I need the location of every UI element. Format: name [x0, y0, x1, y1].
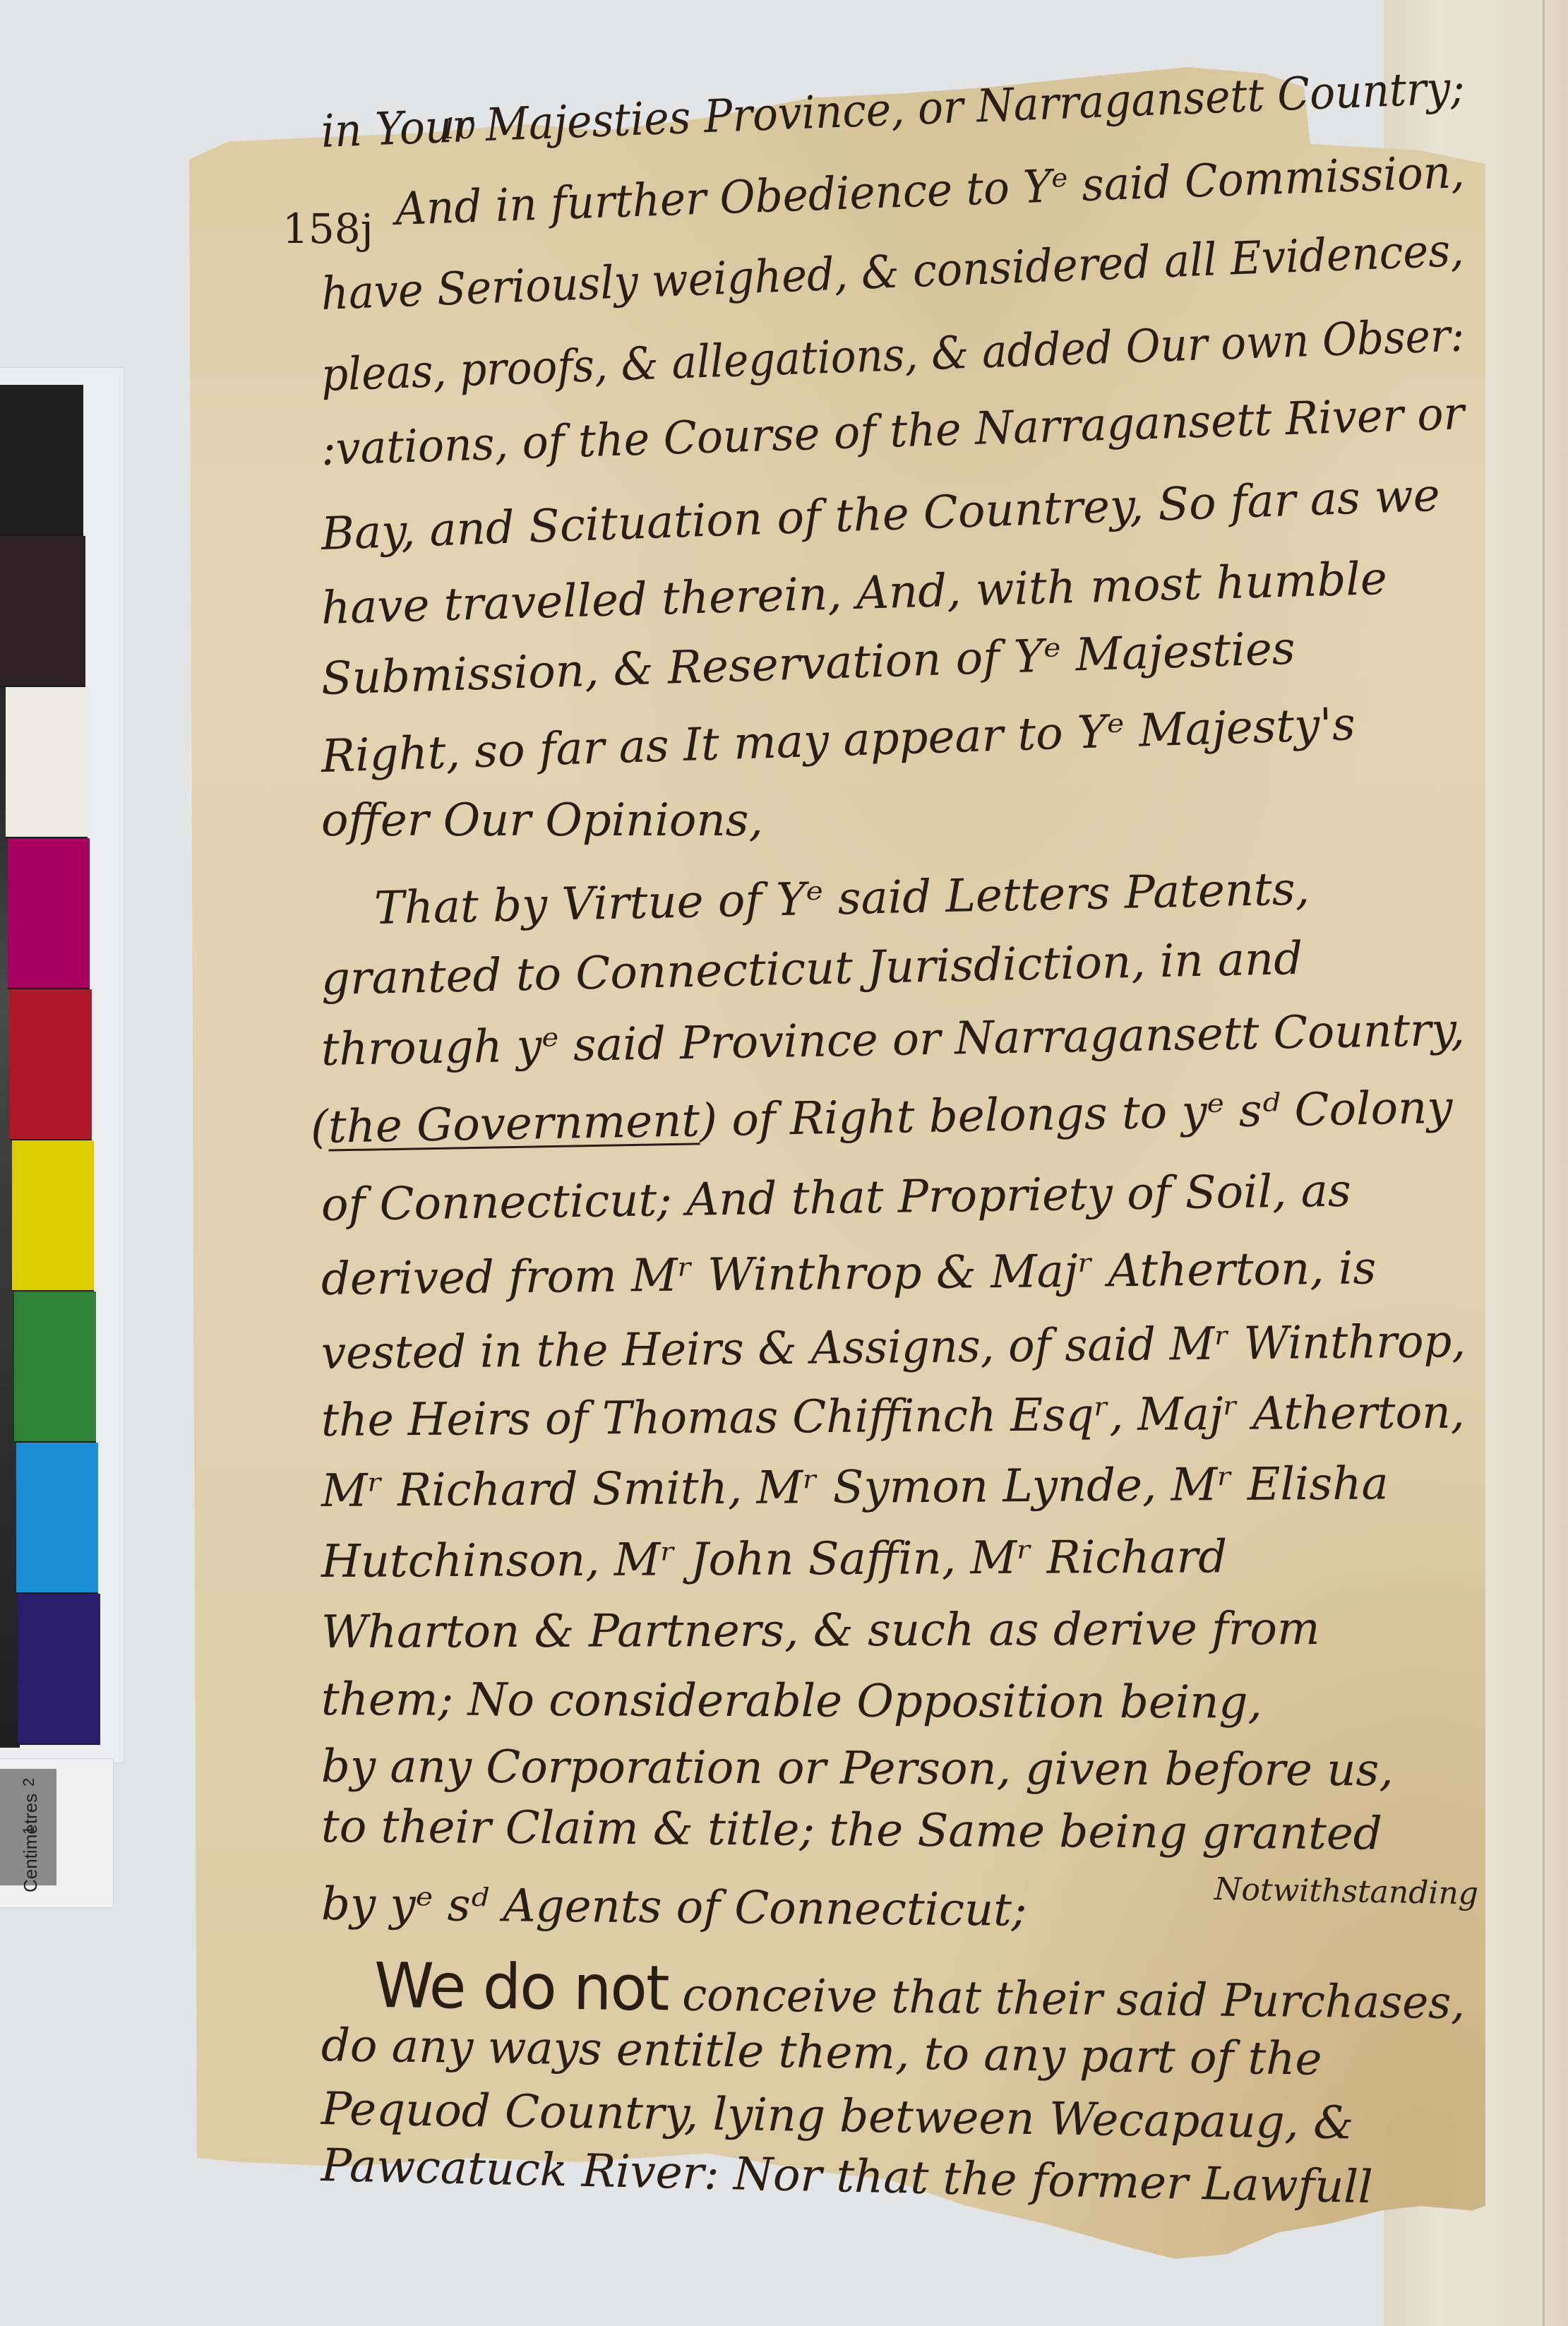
manuscript-line: them; No considerable Opposition being, — [321, 1674, 1262, 1729]
manuscript-line: to their Claim & title; the Same being g… — [321, 1801, 1382, 1860]
manuscript-line: the Heirs of Thomas Chiffinch Esqʳ, Majʳ… — [321, 1387, 1457, 1447]
manuscript-line: We do not conceive that their said Purch… — [373, 1949, 1465, 2033]
ruler-tick-2: 2 — [20, 1778, 38, 1787]
manuscript-line: Mʳ Richard Smith, Mʳ Symon Lynde, Mʳ Eli… — [321, 1457, 1389, 1517]
swatch-white — [6, 687, 88, 838]
marginal-insertion: Notwithstanding — [1214, 1871, 1479, 1912]
manuscript-line: derived from Mʳ Winthrop & Majʳ Atherton… — [321, 1242, 1377, 1306]
manuscript-line: Wharton & Partners, & such as derive fro… — [321, 1603, 1320, 1659]
swatch-magenta — [8, 838, 90, 989]
emphasized-phrase: We do not — [373, 1949, 669, 2024]
swatch-dark-brown — [0, 536, 85, 687]
swatch-cyan — [16, 1443, 98, 1594]
swatch-red — [10, 989, 92, 1140]
swatch-blue — [18, 1594, 100, 1745]
margin-reference-number: 158j — [282, 205, 373, 253]
manuscript-line: by any Corporation or Person, given befo… — [321, 1741, 1394, 1796]
manuscript-line: offer Our Opinions, — [321, 794, 763, 847]
manuscript-line: Hutchinson, Mʳ John Saffin, Mʳ Richard — [321, 1531, 1227, 1588]
manuscript-line: by yᵉ sᵈ Agents of Connecticut; — [321, 1878, 1027, 1937]
swatch-green — [14, 1292, 96, 1443]
underlined-phrase: the Government — [328, 1095, 700, 1153]
ruler-label: Centimetres — [20, 1794, 42, 1892]
swatch-black — [0, 385, 83, 536]
backing-board-edge — [1543, 0, 1545, 2326]
swatch-yellow — [12, 1140, 94, 1292]
